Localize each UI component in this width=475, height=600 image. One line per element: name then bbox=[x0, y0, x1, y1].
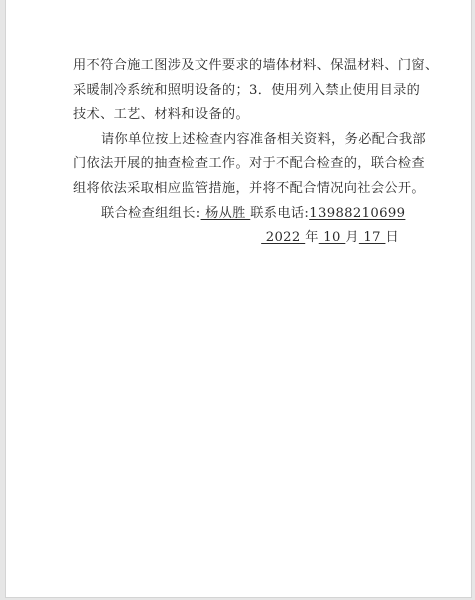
date-day-unit: 日 bbox=[385, 230, 399, 245]
document-body: 用不符合施工图涉及文件要求的墙体材料、保温材料、门窗、 采暖制冷系统和照明设备的… bbox=[73, 54, 401, 251]
paragraph-1-line-3: 技术、工艺、材料和设备的。 bbox=[73, 103, 401, 128]
paragraph-2-line-2: 门依法开展的抽查检查工作。对于不配合检查的，联合检查 bbox=[73, 152, 401, 177]
paragraph-2-line-3: 组将依法采取相应监管措施，并将不配合情况向社会公开。 bbox=[73, 177, 401, 202]
paragraph-1-line-1: 用不符合施工图涉及文件要求的墙体材料、保温材料、门窗、 bbox=[73, 54, 401, 79]
date-month: 10 bbox=[319, 230, 346, 245]
leader-name: 杨从胜 bbox=[201, 206, 251, 221]
document-page: 用不符合施工图涉及文件要求的墙体材料、保温材料、门窗、 采暖制冷系统和照明设备的… bbox=[5, 0, 472, 598]
date-day: 17 bbox=[359, 230, 386, 245]
phone-label: 联系电话: bbox=[250, 206, 309, 221]
paragraph-2-line-1: 请你单位按上述检查内容准备相关资料，务必配合我部 bbox=[73, 128, 401, 153]
date-year: 2022 bbox=[261, 230, 305, 245]
leader-label: 联合检查组组长: bbox=[101, 206, 201, 221]
signature-line: 联合检查组组长: 杨从胜 联系电话:13988210699 bbox=[73, 202, 401, 227]
phone-number: 13988210699 bbox=[309, 206, 405, 221]
date-month-unit: 月 bbox=[345, 230, 359, 245]
paragraph-1-line-2: 采暖制冷系统和照明设备的；3．使用列入禁止使用目录的 bbox=[73, 79, 401, 104]
date-line: 2022 年 10 月 17 日 bbox=[73, 226, 401, 251]
date-year-unit: 年 bbox=[305, 230, 319, 245]
